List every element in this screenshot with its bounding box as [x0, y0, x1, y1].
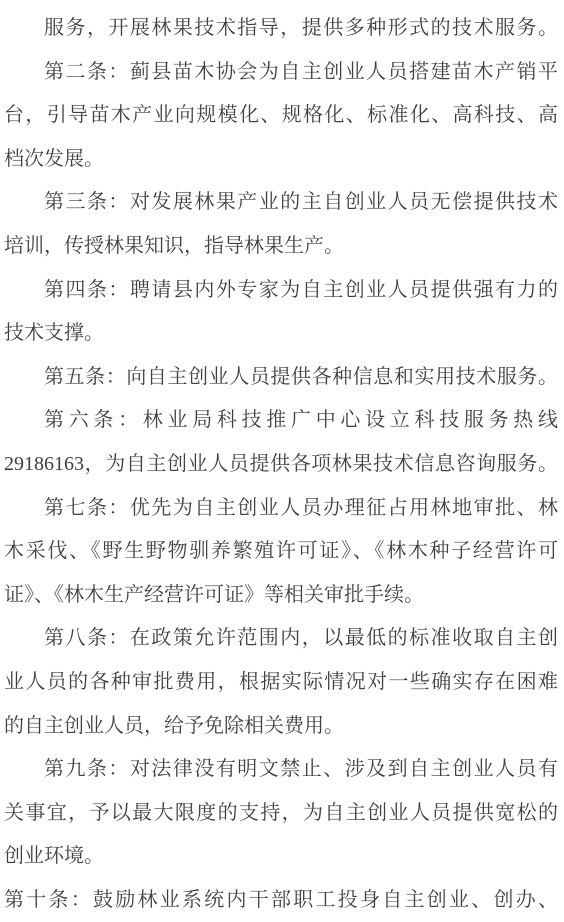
text-line: 第八条：在政策允许范围内，以最低的标准收取自主创	[4, 617, 558, 661]
text-line: 木采伐、《野生野物驯养繁殖许可证》、《林木种子经营许可	[4, 530, 558, 574]
text-line: 第三条：对发展林果产业的主自创业人员无偿提供技术	[4, 181, 558, 225]
text-line: 创业环境。	[4, 835, 558, 879]
text-line: 关事宜，予以最大限度的支持，为自主创业人员提供宽松的	[4, 792, 558, 836]
text-line: 第五条：向自主创业人员提供各种信息和实用技术服务。	[4, 356, 558, 400]
text-line: 台，引导苗木产业向规模化、规格化、标准化、高科技、高	[4, 94, 558, 138]
text-line: 第四条：聘请县内外专家为自主创业人员提供强有力的	[4, 269, 558, 313]
text-line: 第十条：鼓励林业系统内干部职工投身自主创业、创办、	[4, 879, 558, 922]
text-line: 第六条：林业局科技推广中心设立科技服务热线	[4, 399, 558, 443]
text-line: 档次发展。	[4, 138, 558, 182]
text-line: 第七条：优先为自主创业人员办理征占用林地审批、林	[4, 487, 558, 531]
text-line: 业人员的各种审批费用，根据实际情况对一些确实存在困难	[4, 661, 558, 705]
text-line: 技术支撑。	[4, 312, 558, 356]
text-line: 29186163，为自主创业人员提供各项林果技术信息咨询服务。	[4, 443, 558, 487]
document-page: 服务，开展林果技术指导，提供多种形式的技术服务。 第二条：蓟县苗木协会为自主创业…	[0, 0, 564, 922]
text-line: 的自主创业人员，给予免除相关费用。	[4, 705, 558, 749]
text-line: 第二条：蓟县苗木协会为自主创业人员搭建苗木产销平	[4, 51, 558, 95]
text-line: 第九条：对法律没有明文禁止、涉及到自主创业人员有	[4, 748, 558, 792]
text-line: 服务，开展林果技术指导，提供多种形式的技术服务。	[4, 7, 558, 51]
text-line: 证》、《林木生产经营许可证》等相关审批手续。	[4, 574, 558, 618]
text-line: 培训，传授林果知识，指导林果生产。	[4, 225, 558, 269]
